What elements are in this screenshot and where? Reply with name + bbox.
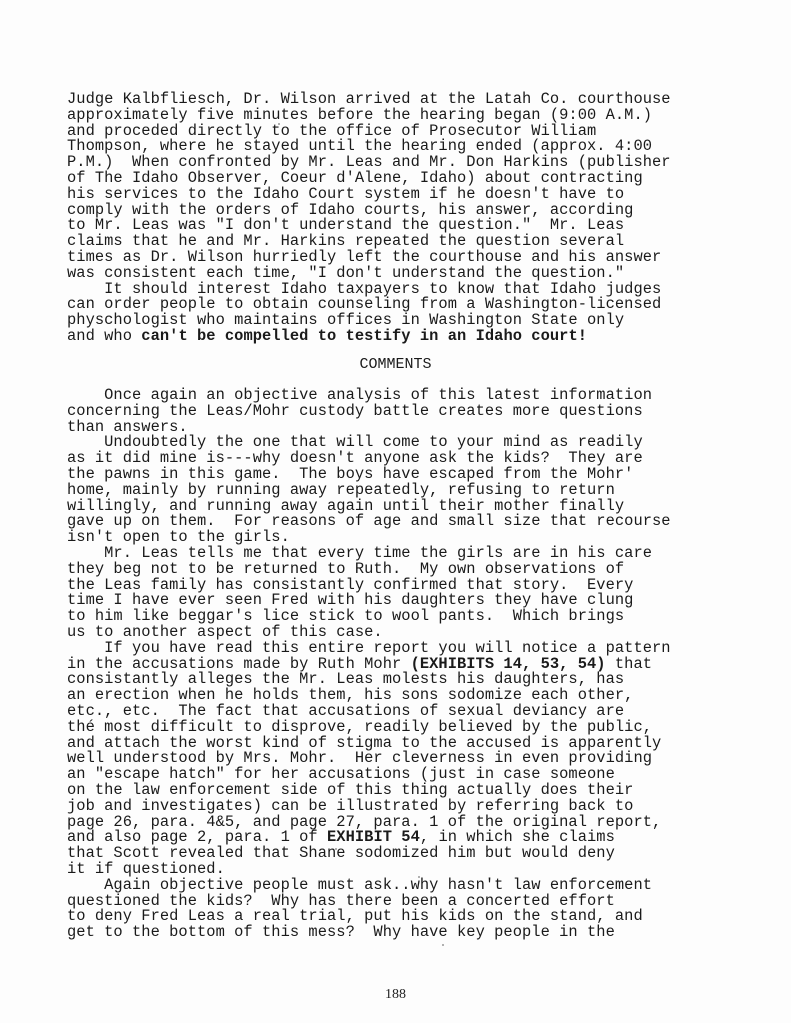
scan-speck	[335, 848, 337, 850]
page-number: 188	[0, 987, 791, 1003]
text-line: and who can't be compelled to testify in…	[67, 329, 707, 345]
scan-speck	[442, 944, 444, 946]
bold-emphasis: can't be compelled to testify in an Idah…	[141, 327, 587, 345]
section-heading-comments: COMMENTS	[0, 356, 791, 373]
document-page: Judge Kalbfliesch, Dr. Wilson arrived at…	[0, 0, 791, 1023]
text-block-wilson-account: Judge Kalbfliesch, Dr. Wilson arrived at…	[67, 92, 707, 345]
text-line: get to the bottom of this mess? Why have…	[67, 925, 707, 941]
scan-speck	[418, 876, 420, 878]
text-run: and who	[67, 327, 141, 345]
text-block-comments: Once again an objective analysis of this…	[67, 388, 707, 941]
text-run: get to the bottom of this mess? Why have…	[67, 923, 615, 941]
scan-speck	[278, 123, 280, 125]
